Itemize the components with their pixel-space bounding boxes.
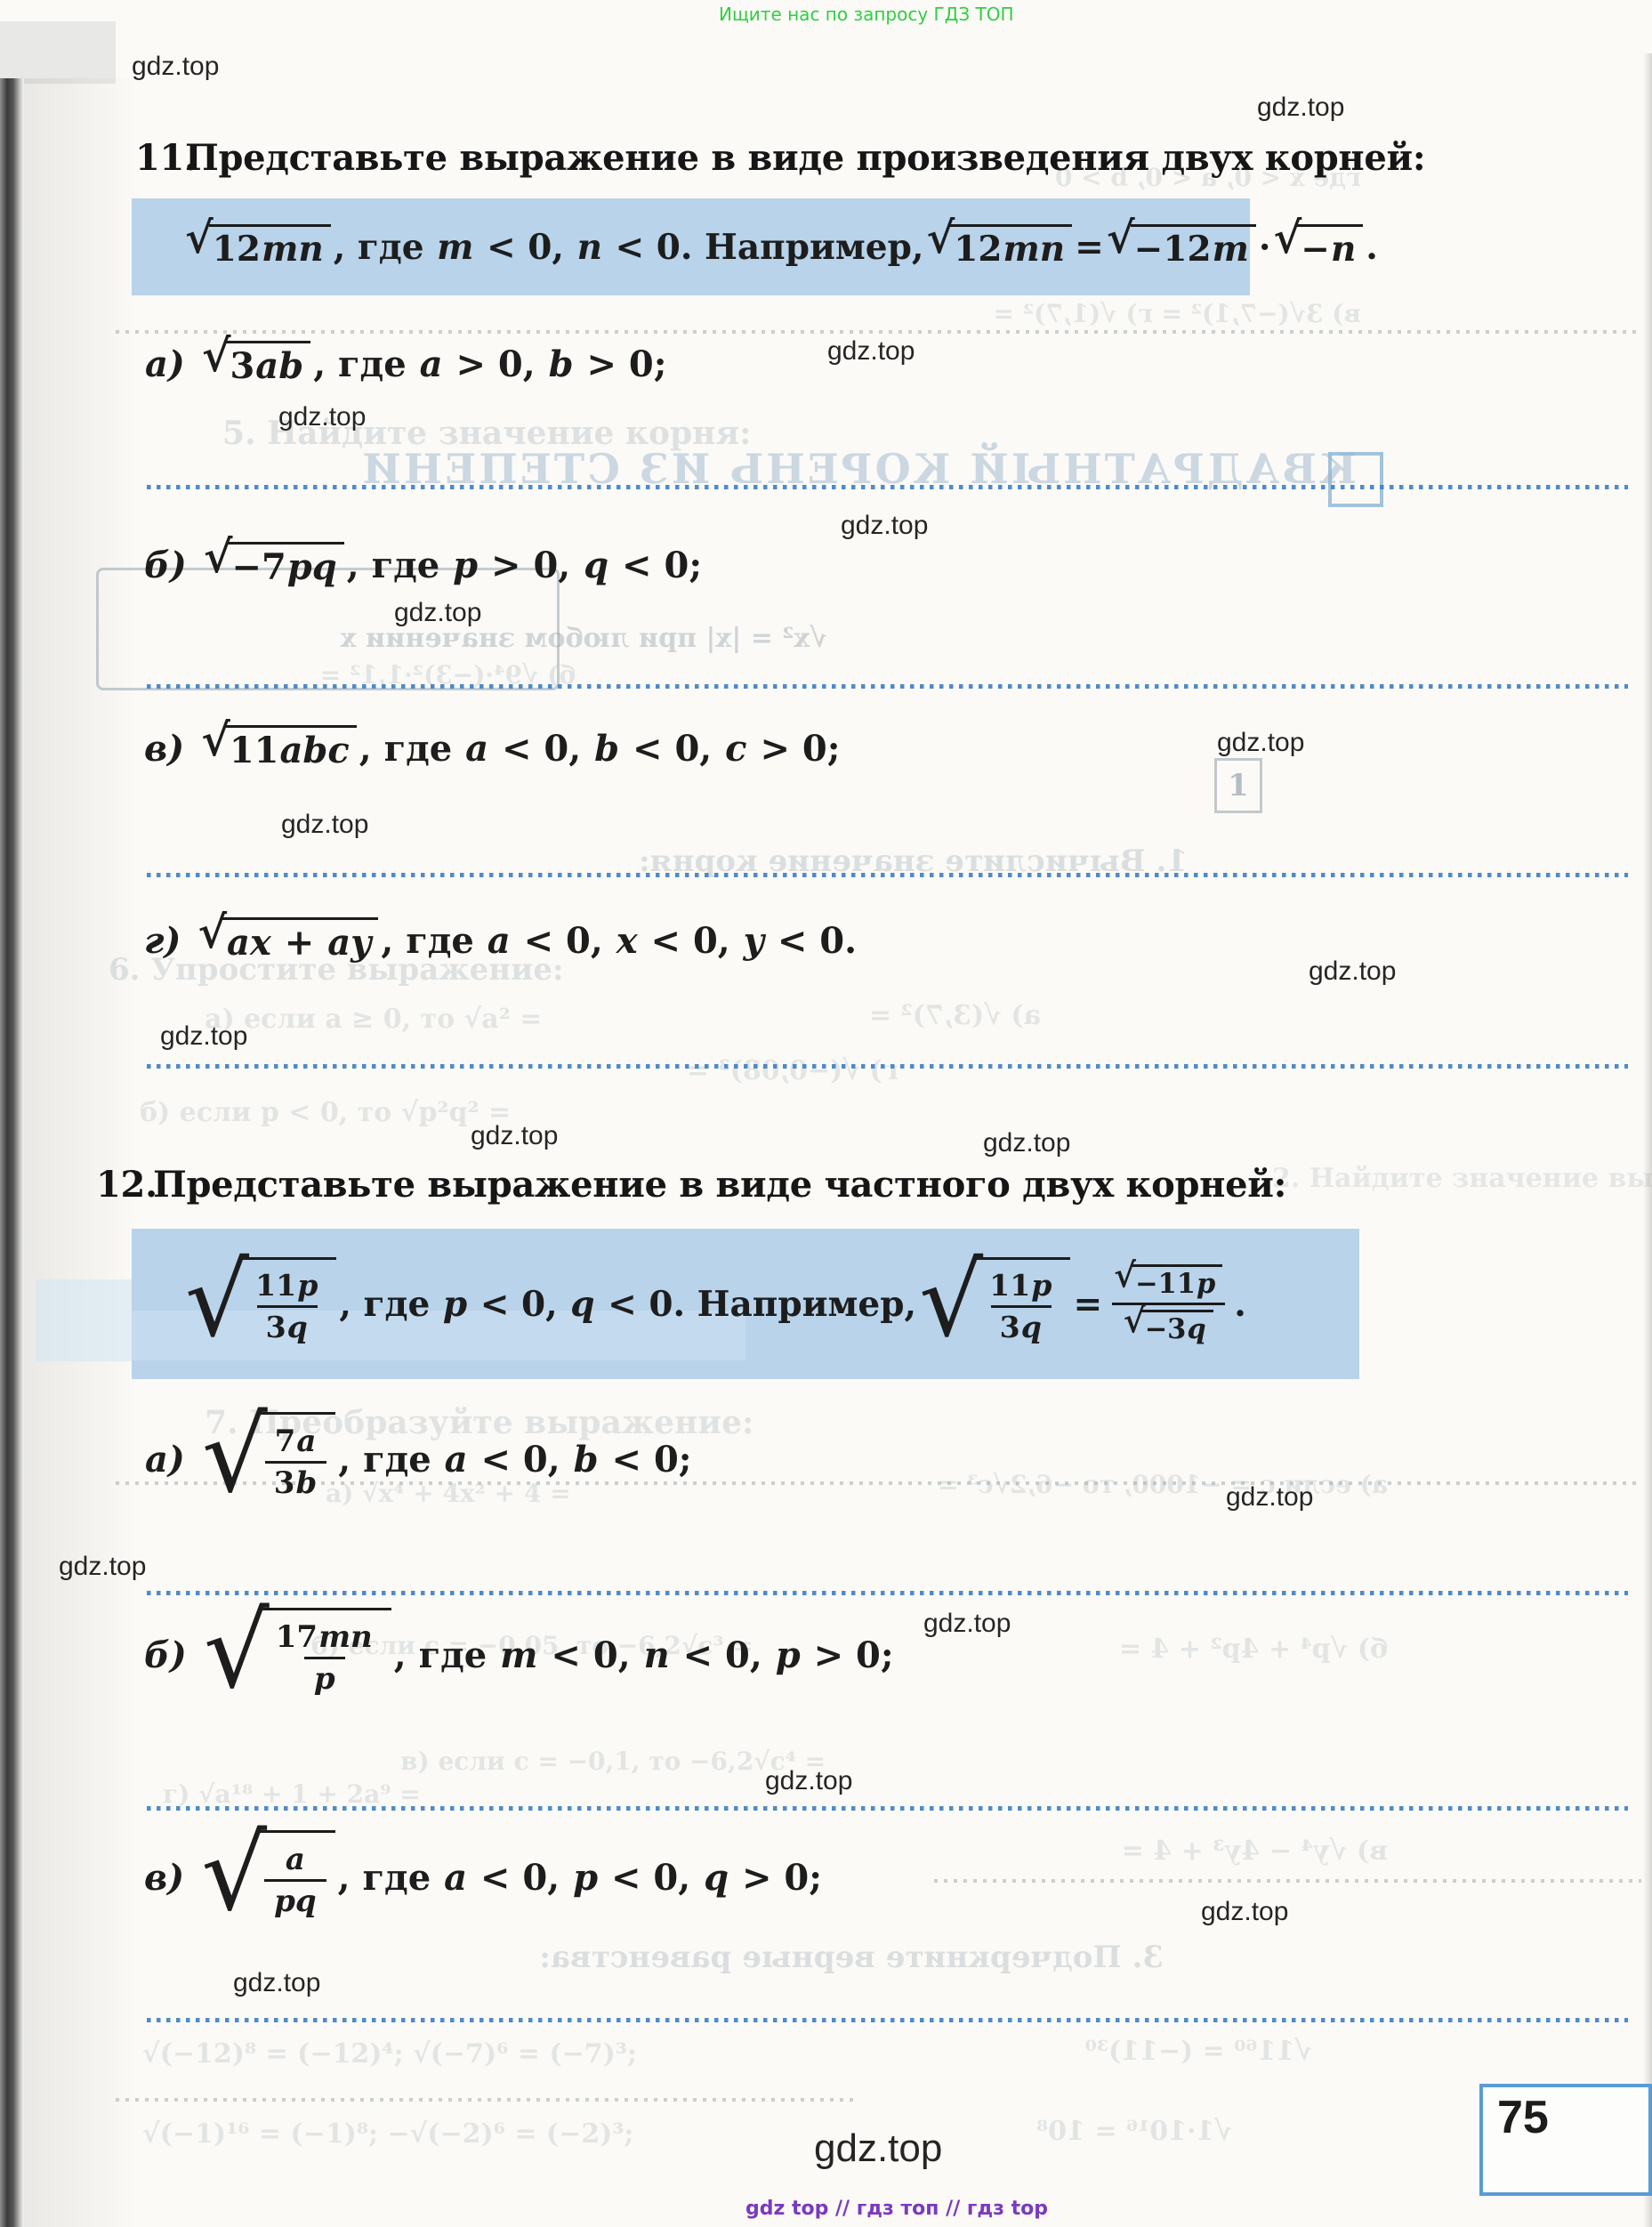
math-variable: p: [1196, 1268, 1216, 1300]
bleedthrough-text: √(−1)¹⁶ = (−1)⁸; −√(−2)⁶ = (−2)³;: [142, 2118, 634, 2150]
denominator: 3q: [991, 1305, 1052, 1344]
gdz-watermark: gdz.top: [394, 598, 481, 628]
answer-dotted-line: [147, 485, 1628, 489]
math-text: .: [1234, 1284, 1246, 1325]
numerator: √−11p: [1102, 1263, 1234, 1302]
bleedthrough-text: √(−12)⁸ = (−12)⁴; √(−7)⁶ = (−7)³;: [142, 2038, 637, 2070]
math-variable: n: [643, 1634, 671, 1676]
math-text: < 0,: [671, 1634, 775, 1676]
math-text: .: [1366, 227, 1378, 268]
footer-watermark: gdz top // гдз топ // гдз top: [745, 2198, 1048, 2220]
math-variable: mn: [261, 229, 325, 270]
radical: √3ab: [202, 341, 310, 387]
radicand: ax + ay: [222, 917, 378, 964]
numerator: 7a: [266, 1424, 326, 1461]
math-variable: b: [548, 343, 575, 385]
math-text: < 0. Например,: [596, 1284, 917, 1325]
math-text: 11: [230, 730, 279, 771]
math-text: , где m < 0, n < 0. Например,: [334, 227, 924, 268]
gdz-watermark: gdz.top: [132, 52, 219, 82]
math-variable: p: [572, 1857, 599, 1899]
math-text: , где a < 0, p < 0, q > 0;: [338, 1857, 822, 1899]
math-variable: m: [1212, 229, 1250, 270]
gdz-watermark: gdz.top: [233, 1968, 320, 1998]
math-variable: c: [724, 728, 747, 770]
math-variable: ay: [326, 922, 372, 964]
problem-12-item-в: в)√apq, где a < 0, p < 0, q > 0;: [144, 1822, 822, 1932]
fraction: 11p3q: [246, 1269, 327, 1343]
math-text: > 0;: [748, 728, 841, 770]
math-text: < 0,: [474, 227, 576, 268]
math-text: , где: [394, 1634, 499, 1676]
fraction: apq: [264, 1843, 326, 1919]
bleedthrough-text: 3. Подчеркните верные равенства:: [519, 1940, 1164, 1975]
problem-12-item-б: б)√17mnp, где m < 0, n < 0, p > 0;: [144, 1600, 894, 1710]
gdz-watermark: gdz.top: [160, 1021, 247, 1052]
bleedthrough-number: 1: [1228, 768, 1249, 803]
problem-11-item-а: а)√3ab, где a > 0, b > 0;: [145, 336, 667, 391]
problem-12-example-formula: √11p3q, где p < 0, q < 0. Например, √11p…: [132, 1257, 1246, 1350]
math-variable: n: [576, 227, 603, 268]
math-text: , где p > 0, q < 0;: [347, 545, 702, 586]
math-text: −: [1301, 229, 1330, 270]
workbook-page: Ищите нас по запросу ГДЗ ТОП 1 где х < 0…: [0, 0, 1652, 2227]
radical-sign-icon: √: [919, 1255, 983, 1347]
math-text: −11: [1135, 1268, 1196, 1300]
denominator: √−3q: [1112, 1303, 1225, 1345]
math-text: .: [1234, 1284, 1246, 1325]
denominator: p: [304, 1657, 345, 1697]
math-text: < 0,: [539, 1634, 643, 1676]
math-variable: p: [442, 1284, 468, 1325]
math-text: 12: [213, 229, 261, 270]
math-variable: p: [452, 545, 479, 586]
math-variable: b: [294, 1465, 318, 1501]
math-text: , где p < 0, q < 0. Например,: [339, 1284, 916, 1325]
math-variable: q: [583, 545, 609, 586]
radical-sign-icon: √: [1124, 1307, 1146, 1334]
math-variable: q: [1020, 1310, 1043, 1344]
math-text: < 0.: [765, 920, 857, 962]
math-variable: abc: [278, 730, 350, 771]
math-text: , где m < 0, n < 0, p > 0;: [394, 1634, 894, 1676]
gdz-watermark: gdz.top: [923, 1609, 1011, 1639]
radical: √−n: [1273, 224, 1363, 270]
promo-header: Ищите нас по запросу ГДЗ ТОП: [719, 4, 1014, 25]
radical-sign-icon: √: [202, 1408, 268, 1504]
problem-12-title: Представьте выражение в виде частного дв…: [153, 1164, 1286, 1206]
bleedthrough-text: √х² = |х| при любом значении х: [214, 623, 827, 654]
math-text: =: [1075, 227, 1104, 268]
radical: √ax + ay: [197, 917, 378, 964]
radicand: −12m: [1131, 224, 1256, 270]
radical: √−12m: [1107, 224, 1256, 270]
radical-sign-icon: √: [204, 1604, 270, 1699]
math-text: , где: [313, 343, 418, 385]
item-label: г): [144, 920, 181, 962]
radical-sign-icon: √: [185, 1255, 249, 1347]
math-variable: q: [569, 1284, 595, 1325]
math-variable: n: [1330, 229, 1357, 270]
radicand: −3q: [1141, 1310, 1213, 1345]
bleedthrough-dotted-line: [934, 1879, 1641, 1883]
radical: √11p3q: [185, 1257, 336, 1350]
bleedthrough-text: а) если а ≥ 0, то √а² =: [205, 1004, 542, 1035]
radicand: 11p3q: [975, 1257, 1070, 1343]
radicand: 12mn: [950, 224, 1072, 270]
problem-11-item-г: г)√ax + ay, где a < 0, x < 0, y < 0.: [144, 913, 857, 968]
item-label: в): [144, 728, 184, 770]
radical: √−7pq: [204, 542, 344, 588]
gdz-watermark: gdz.top: [1201, 1897, 1288, 1927]
scan-right-edge: [1643, 53, 1652, 2227]
bleedthrough-text: а) √(3,7)² =: [765, 1000, 1041, 1031]
radicand: 11p3q: [241, 1257, 336, 1343]
math-variable: b: [573, 1439, 600, 1481]
answer-dotted-line: [147, 873, 1628, 877]
math-text: 3: [230, 345, 254, 387]
math-text: ·: [1259, 227, 1271, 268]
math-text: , где: [381, 920, 486, 962]
bleedthrough-text: в) √у⁴ − 4у³ + 4 =: [979, 1836, 1388, 1867]
bleedthrough-dotted-line: [116, 2098, 858, 2102]
numerator: 11p: [980, 1269, 1061, 1304]
math-variable: x: [616, 920, 639, 962]
math-text: ·: [1259, 227, 1271, 268]
math-text: < 0,: [469, 1439, 573, 1481]
math-text: , где a > 0, b > 0;: [313, 343, 666, 385]
math-variable: pq: [286, 546, 338, 588]
math-variable: pq: [273, 1884, 318, 1919]
radicand: apq: [259, 1830, 335, 1919]
radical: √11p3q: [919, 1257, 1070, 1350]
math-variable: mn: [318, 1619, 374, 1655]
gdz-watermark: gdz.top: [1226, 1482, 1313, 1513]
bleedthrough-text: в) 3√(−7,1)² = г) √(1,7)² =: [890, 299, 1361, 328]
fraction: √−11p√−3q: [1102, 1263, 1234, 1344]
math-text: , где: [347, 545, 452, 586]
math-text: .: [1366, 227, 1378, 268]
bleedthrough-blue-strip: [36, 1279, 133, 1361]
math-text: > 0;: [729, 1857, 822, 1899]
math-text: , где: [338, 1439, 443, 1481]
bleedthrough-text: б) если р < 0, то √р²q² =: [140, 1097, 511, 1128]
bleedthrough-text: 2. Найдите значение выражения: [1272, 1163, 1652, 1194]
item-label: б): [144, 545, 187, 586]
radical: √12mn: [926, 224, 1072, 270]
problem-11-title: Представьте выражение в виде произведени…: [185, 137, 1425, 179]
math-variable: m: [499, 1634, 538, 1676]
numerator: a: [276, 1843, 315, 1879]
bleedthrough-text: в) если с = −0,1, то −6,2√с⁴ =: [400, 1747, 826, 1776]
math-text: =: [1073, 1284, 1102, 1325]
page-number-box: 75: [1479, 2084, 1652, 2196]
gdz-watermark-large: gdz.top: [814, 2126, 942, 2171]
denominator: pq: [264, 1879, 326, 1919]
gdz-watermark: gdz.top: [1257, 93, 1344, 123]
math-variable: b: [593, 728, 620, 770]
math-text: < 0,: [599, 1857, 703, 1899]
math-text: 11: [255, 1268, 296, 1303]
math-text: < 0,: [468, 1284, 569, 1325]
bleedthrough-text: г) √(−0,08)³ =: [498, 1055, 899, 1086]
problem-11-example-formula: √12mn, где m < 0, n < 0. Например, √12mn…: [132, 224, 1378, 270]
item-label: б): [144, 1634, 187, 1676]
math-text: > 0,: [479, 545, 583, 586]
math-text: < 0,: [512, 920, 616, 962]
math-text: 12: [954, 229, 1002, 270]
gdz-watermark: gdz.top: [1309, 956, 1396, 987]
radicand: −n: [1297, 224, 1363, 270]
math-variable: ax: [226, 922, 272, 964]
gdz-watermark: gdz.top: [1217, 728, 1304, 758]
radical: √7a3b: [202, 1412, 335, 1507]
math-text: −12: [1134, 229, 1212, 270]
math-text: > 0,: [444, 343, 548, 385]
radical-sign-icon: √: [201, 1827, 267, 1922]
math-text: −3: [1145, 1313, 1187, 1345]
bleedthrough-number-square: 1: [1214, 758, 1262, 813]
bleedthrough-text: √1·10¹⁶ = 10⁸: [729, 2116, 1232, 2147]
gdz-watermark: gdz.top: [827, 336, 915, 367]
gdz-watermark: gdz.top: [983, 1128, 1070, 1158]
math-variable: q: [1186, 1313, 1206, 1345]
math-variable: a: [285, 1842, 306, 1877]
problem-11-example-box: √12mn, где m < 0, n < 0. Например, √12mn…: [132, 198, 1250, 295]
math-variable: m: [436, 227, 474, 268]
problem-11-item-в: в)√11abc, где a < 0, b < 0, c > 0;: [144, 721, 840, 776]
math-variable: p: [775, 1634, 802, 1676]
math-variable: a: [487, 920, 512, 962]
math-text: < 0;: [600, 1439, 692, 1481]
math-variable: y: [743, 920, 765, 962]
math-text: > 0;: [575, 343, 667, 385]
radical: √17mnp: [204, 1608, 391, 1703]
problem-11-item-б: б)√−7pq, где p > 0, q < 0;: [144, 537, 702, 593]
radical-sign-icon: √: [1107, 222, 1135, 256]
numerator: 11p: [246, 1269, 327, 1304]
math-text: =: [1073, 1284, 1102, 1325]
gdz-watermark: gdz.top: [281, 810, 368, 840]
math-text: −7: [231, 546, 286, 588]
math-variable: p: [296, 1268, 318, 1303]
math-text: < 0,: [620, 728, 724, 770]
math-text: 11: [989, 1268, 1030, 1303]
bleedthrough-dotted-line: [116, 330, 1641, 334]
math-text: 17: [276, 1619, 318, 1655]
radical-sign-icon: √: [1273, 222, 1301, 256]
bleedthrough-text: √11⁶⁰ = (−11)³⁰: [845, 2036, 1312, 2067]
problem-12-example-box: √11p3q, где p < 0, q < 0. Например, √11p…: [132, 1229, 1359, 1379]
gdz-watermark: gdz.top: [59, 1552, 146, 1582]
radical-sign-icon: √: [202, 338, 231, 374]
scan-shading: [24, 78, 140, 2227]
math-variable: a: [295, 1424, 317, 1459]
gdz-watermark: gdz.top: [278, 402, 366, 432]
item-label: а): [145, 1439, 185, 1481]
answer-dotted-line: [147, 2018, 1628, 2022]
math-text: , где a < 0, x < 0, y < 0.: [381, 920, 857, 962]
math-text: , где: [339, 1284, 441, 1325]
page-number: 75: [1483, 2087, 1648, 2144]
math-variable: a: [444, 1439, 469, 1481]
math-variable: p: [313, 1661, 336, 1697]
math-variable: a: [443, 1857, 468, 1899]
math-text: < 0,: [639, 920, 743, 962]
radicand: 11abc: [226, 725, 357, 771]
math-text: , где: [334, 227, 436, 268]
radicand: 17mnp: [262, 1608, 391, 1697]
radical-sign-icon: √: [201, 722, 230, 758]
bleedthrough-text: б) √р⁴ + 4р² + 4 =: [979, 1634, 1388, 1665]
radical-sign-icon: √: [1114, 1263, 1136, 1289]
gdz-watermark: gdz.top: [765, 1766, 852, 1796]
item-label: а): [145, 343, 185, 385]
math-text: 7: [275, 1424, 296, 1459]
math-text: < 0,: [489, 728, 593, 770]
math-variable: a: [464, 728, 489, 770]
denominator: 3q: [257, 1305, 318, 1344]
math-variable: p: [1030, 1268, 1052, 1303]
math-variable: q: [703, 1857, 729, 1899]
radical-sign-icon: √: [185, 222, 214, 256]
math-text: +: [272, 922, 326, 964]
radical-sign-icon: √: [926, 222, 955, 256]
math-text: , где a < 0, b < 0, c > 0;: [359, 728, 841, 770]
math-text: > 0;: [802, 1634, 894, 1676]
answer-dotted-line: [147, 684, 1628, 689]
numerator: 17mn: [267, 1620, 383, 1657]
radical-sign-icon: √: [204, 539, 233, 575]
math-text: 3: [274, 1465, 295, 1501]
fraction: 17mnp: [267, 1620, 383, 1697]
problem-12-item-а: а)√7a3b, где a < 0, b < 0;: [145, 1404, 692, 1514]
scan-corner-shade: [0, 21, 116, 84]
gdz-watermark: gdz.top: [841, 511, 928, 541]
math-text: 3: [266, 1310, 286, 1344]
math-text: < 0;: [609, 545, 702, 586]
math-variable: q: [286, 1310, 309, 1344]
fraction: 11p3q: [980, 1269, 1061, 1343]
answer-dotted-line: [147, 1064, 1628, 1069]
math-text: , где: [338, 1857, 443, 1899]
item-label: в): [144, 1857, 184, 1899]
radical: √11abc: [201, 725, 357, 771]
problem-12-number: 12.: [96, 1164, 157, 1206]
math-text: , где: [359, 728, 464, 770]
radicand: −7pq: [228, 542, 343, 588]
radicand: −11p: [1132, 1264, 1222, 1300]
math-variable: mn: [1003, 229, 1067, 270]
answer-dotted-line: [147, 1591, 1628, 1595]
scan-left-edge: [0, 78, 24, 2227]
gdz-watermark: gdz.top: [471, 1121, 558, 1151]
fraction: 7a3b: [265, 1424, 326, 1501]
math-variable: ab: [254, 345, 304, 387]
math-text: =: [1075, 227, 1104, 268]
denominator: 3b: [265, 1461, 326, 1501]
math-text: 3: [1000, 1310, 1020, 1344]
math-text: , где a < 0, b < 0;: [338, 1439, 691, 1481]
math-variable: a: [419, 343, 444, 385]
bleedthrough-text: г) √а¹⁸ + 1 + 2а⁹ =: [163, 1779, 421, 1809]
radical: √−3q: [1124, 1310, 1213, 1345]
radicand: 12mn: [209, 224, 331, 270]
math-text: < 0. Например,: [603, 227, 924, 268]
radical-sign-icon: √: [197, 915, 227, 950]
radicand: 7a3b: [260, 1412, 335, 1501]
radicand: 3ab: [226, 341, 310, 387]
answer-dotted-line: [147, 1806, 1628, 1811]
radical: √apq: [201, 1830, 334, 1925]
radical: √12mn: [185, 224, 331, 270]
radical: √−11p: [1114, 1264, 1222, 1300]
math-text: < 0,: [468, 1857, 572, 1899]
